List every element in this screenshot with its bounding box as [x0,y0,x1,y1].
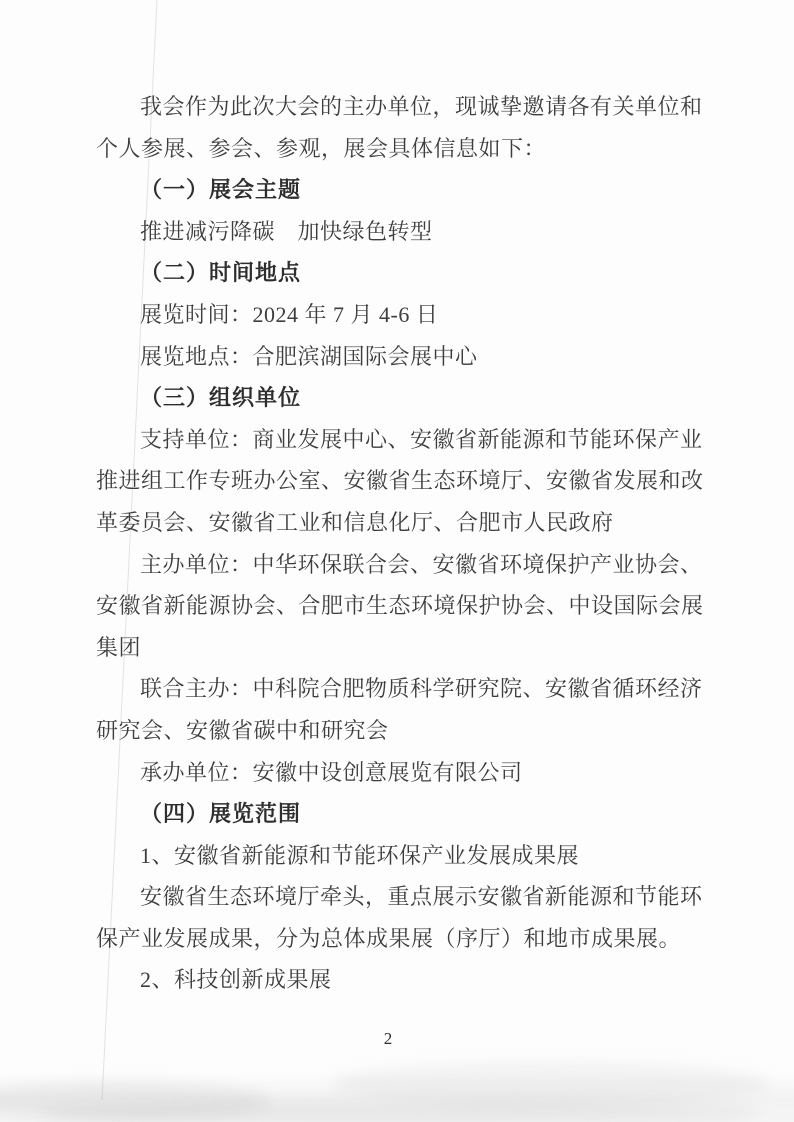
scope-item-1-desc-line-2: 保产业发展成果，分为总体成果展（序厅）和地市成果展。 [96,918,716,960]
supporting-units-line-2: 推进组工作专班办公室、安徽省生态环境厅、安徽省发展和改 [96,460,716,502]
document-body: 我会作为此次大会的主办单位，现诚挚邀请各有关单位和 个人参展、参会、参观，展会具… [96,86,716,1001]
document-page: 我会作为此次大会的主办单位，现诚挚邀请各有关单位和 个人参展、参会、参观，展会具… [0,0,794,1122]
undertaking-unit: 承办单位：安徽中设创意展览有限公司 [96,752,716,794]
scope-item-1-title: 1、安徽省新能源和节能环保产业发展成果展 [96,835,716,877]
scan-shadow-blob [330,1062,770,1104]
exhibition-time: 展览时间：2024 年 7 月 4-6 日 [96,294,716,336]
heading-exhibition-scope: （四）展览范围 [96,793,716,835]
scope-item-1-desc-line-1: 安徽省生态环境厅牵头，重点展示安徽省新能源和节能环 [96,876,716,918]
host-units-line-3: 集团 [96,627,716,669]
co-organizers-line-2: 研究会、安徽省碳中和研究会 [96,710,716,752]
exhibition-location: 展览地点：合肥滨湖国际会展中心 [96,336,716,378]
scope-item-2-title: 2、科技创新成果展 [96,959,716,1001]
scan-shadow-blob [40,1100,760,1122]
exhibition-theme-text: 推进减污降碳 加快绿色转型 [96,211,716,253]
host-units-line-2: 安徽省新能源协会、合肥市生态环境保护协会、中设国际会展 [96,585,716,627]
intro-line-1: 我会作为此次大会的主办单位，现诚挚邀请各有关单位和 [96,86,716,128]
page-number: 2 [376,1028,400,1050]
scan-shadow [0,1072,794,1122]
co-organizers-line-1: 联合主办：中科院合肥物质科学研究院、安徽省循环经济 [96,668,716,710]
heading-exhibition-theme: （一）展会主题 [96,169,716,211]
scan-shadow-blob [0,1082,270,1120]
heading-organizers: （三）组织单位 [96,377,716,419]
heading-time-location: （二）时间地点 [96,252,716,294]
supporting-units-line-1: 支持单位：商业发展中心、安徽省新能源和节能环保产业 [96,419,716,461]
supporting-units-line-3: 革委员会、安徽省工业和信息化厅、合肥市人民政府 [96,502,716,544]
intro-line-2: 个人参展、参会、参观，展会具体信息如下： [96,128,716,170]
host-units-line-1: 主办单位：中华环保联合会、安徽省环境保护产业协会、 [96,544,716,586]
